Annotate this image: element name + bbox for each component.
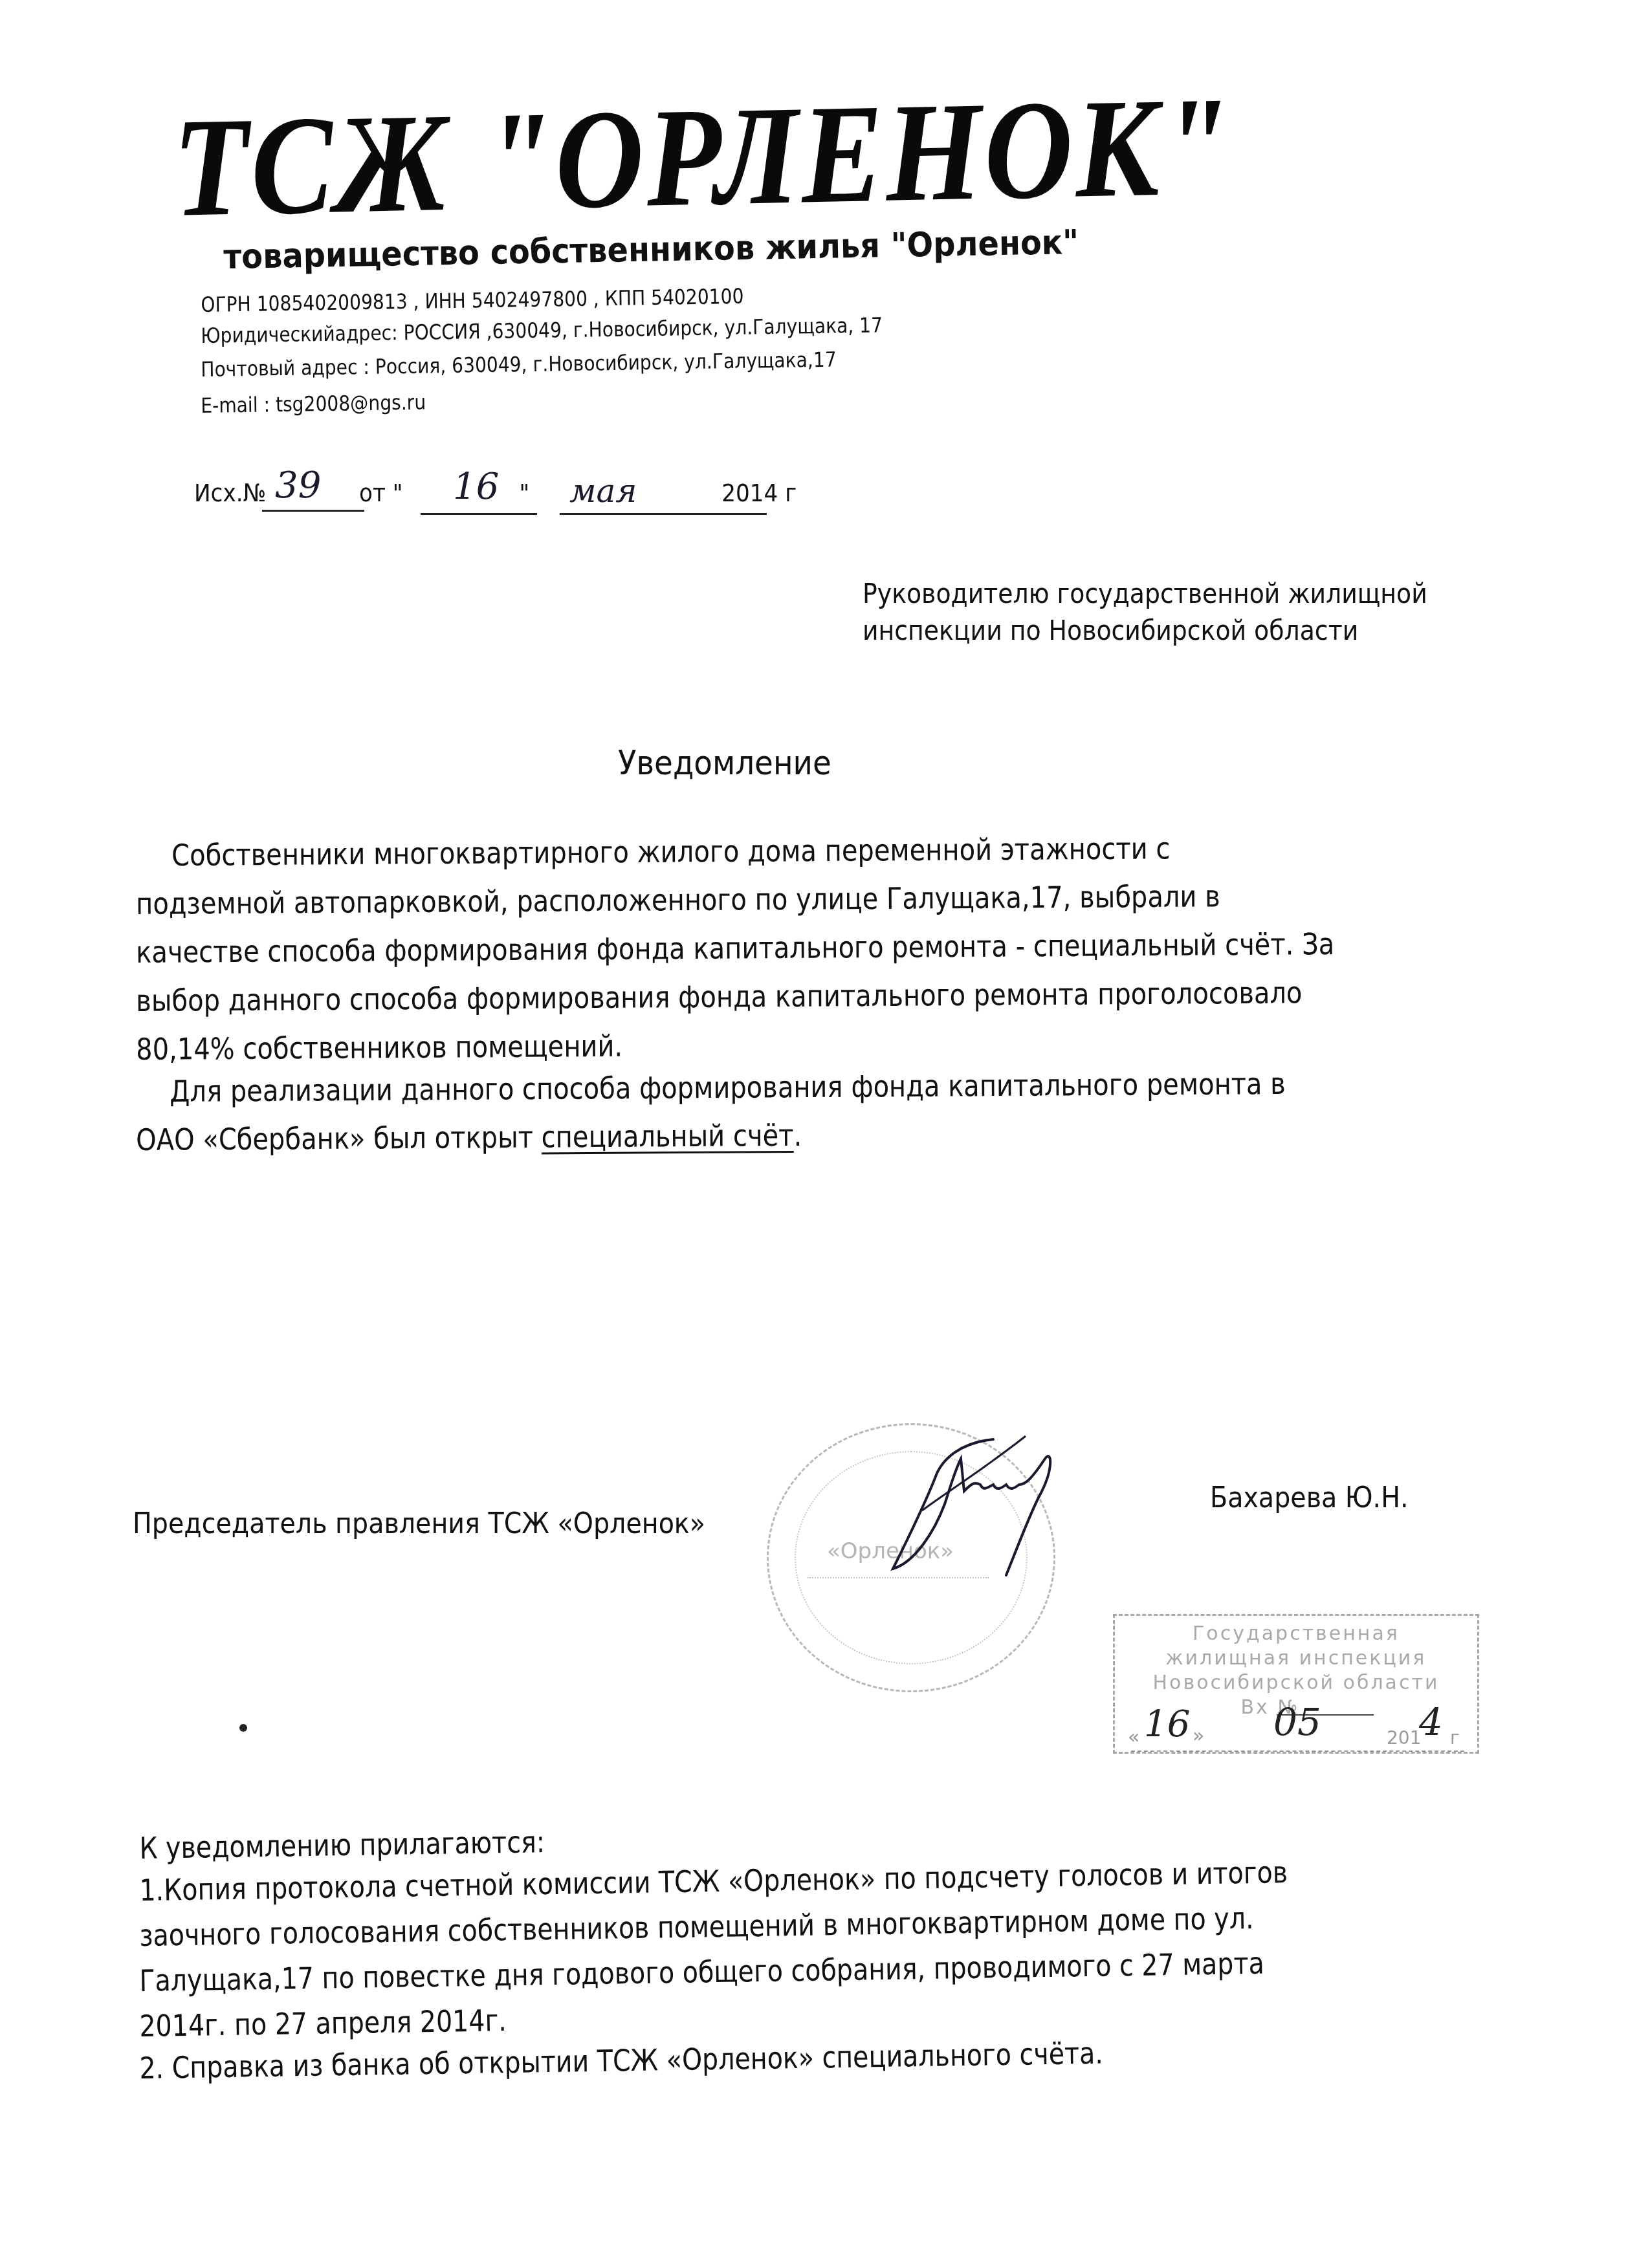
- email-address: E-mail : tsg2008@ngs.ru: [201, 390, 426, 418]
- signatory-name: Бахарева Ю.Н.: [1210, 1481, 1409, 1514]
- attachment-line: Галущака,17 по повестке дня годового общ…: [139, 1946, 1264, 1998]
- addressee-line-1: Руководителю государственной жилищной: [863, 578, 1427, 609]
- body-line: подземной автопарковкой, расположенного …: [136, 878, 1220, 921]
- stamp-line-3: Новосибирской области: [1115, 1672, 1477, 1694]
- body-line: качестве способа формирования фонда капи…: [136, 926, 1334, 970]
- body-line: Собственники многоквартирного жилого дом…: [171, 831, 1171, 873]
- postal-address: Почтовый адрес : Россия, 630049, г.Новос…: [201, 347, 837, 382]
- handwritten-number: 39: [275, 464, 321, 507]
- stamp-open-quote: «: [1128, 1726, 1139, 1749]
- period: .: [793, 1118, 802, 1153]
- incoming-registration-stamp: Государственная жилищная инспекция Новос…: [1113, 1614, 1479, 1754]
- day-underline: [421, 513, 537, 515]
- stamp-day: 16: [1144, 1703, 1190, 1745]
- outgoing-prefix: Исх.№: [194, 479, 266, 507]
- document-heading: Уведомление: [618, 744, 831, 783]
- attachment-line: заочного голосования собственников помещ…: [139, 1901, 1254, 1953]
- organization-title: ТСЖ "ОРЛЕНОК": [171, 65, 1234, 250]
- signatory-position: Председатель правления ТСЖ «Орленок»: [133, 1507, 705, 1540]
- from-label: от ": [359, 479, 402, 507]
- stamp-year-prefix: 201: [1387, 1727, 1421, 1749]
- stamp-year-digit: 4: [1419, 1700, 1443, 1744]
- stamp-close-quote: »: [1193, 1725, 1204, 1747]
- handwritten-month: мая: [569, 472, 637, 510]
- legal-address: Юридическийадрес: РОССИЯ ,630049, г.Ново…: [201, 312, 883, 348]
- special-account-underlined: специальный счёт: [542, 1118, 794, 1155]
- attachments-header: К уведомлению прилагаются:: [139, 1824, 545, 1866]
- addressee-line-2: инспекции по Новосибирской области: [863, 615, 1358, 646]
- stamp-year-suffix: г: [1450, 1727, 1460, 1749]
- stamp-line-4: Вх №: [1063, 1696, 1477, 1719]
- stamp-line-1: Государственная: [1115, 1622, 1477, 1645]
- signature-icon: [831, 1420, 1136, 1614]
- body-line: выбор данного способа формирования фонда…: [136, 975, 1303, 1018]
- stamp-month: 05: [1273, 1700, 1321, 1744]
- month-underline: [560, 513, 767, 515]
- bank-text: ОАО «Сбербанк» был открыт: [136, 1120, 533, 1157]
- stamp-line-2: жилищная инспекция: [1115, 1647, 1477, 1670]
- handwritten-day: 16: [453, 466, 499, 508]
- year-suffix: 2014 г: [721, 479, 797, 507]
- body-line: Для реализации данного способа формирова…: [170, 1066, 1286, 1109]
- body-line-last: ОАО «Сбербанк» был открыт специальный сч…: [136, 1118, 802, 1157]
- number-underline: [262, 510, 364, 512]
- stamp-date-underline: [1131, 1750, 1464, 1752]
- attachment-line: 2. Справка из банка об открытии ТСЖ «Орл…: [139, 2036, 1103, 2086]
- body-line: 80,14% собственников помещений.: [136, 1029, 622, 1067]
- quote-close: ": [520, 479, 530, 507]
- scan-speck: [239, 1724, 247, 1732]
- attachment-line: 2014г. по 27 апреля 2014г.: [139, 2003, 507, 2044]
- organization-requisites: ОГРН 1085402009813 , ИНН 5402497800 , КП…: [201, 284, 744, 317]
